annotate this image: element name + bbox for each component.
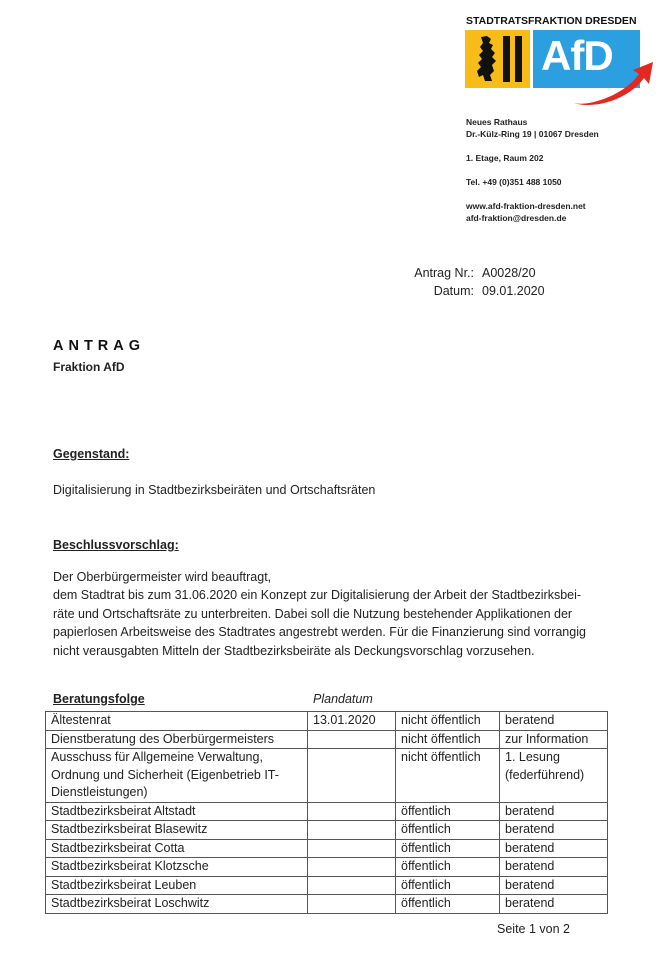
table-row: Stadtbezirksbeirat Altstadtöffentlichber… — [46, 802, 608, 821]
gegenstand-text: Digitalisierung in Stadtbezirksbeiräten … — [53, 483, 375, 497]
gegenstand-heading: Gegenstand: — [53, 447, 129, 461]
status-cell: nicht öffentlich — [396, 712, 500, 731]
art-cell: beratend — [500, 712, 608, 731]
table-row: Dienstberatung des Oberbürgermeistersnic… — [46, 730, 608, 749]
address-email: afd-fraktion@dresden.de — [466, 212, 599, 224]
datum-value: 09.01.2020 — [482, 282, 545, 300]
lion-icon — [473, 35, 499, 83]
art-cell: beratend — [500, 876, 608, 895]
datum-cell — [308, 876, 396, 895]
art-cell: beratend — [500, 895, 608, 914]
status-cell: öffentlich — [396, 821, 500, 840]
address-room: 1. Etage, Raum 202 — [466, 152, 599, 164]
gremium-cell: Dienstberatung des Oberbürgermeisters — [46, 730, 308, 749]
gremium-cell: Stadtbezirksbeirat Loschwitz — [46, 895, 308, 914]
art-cell: 1. Lesung (federführend) — [500, 749, 608, 803]
datum-cell — [308, 730, 396, 749]
status-cell: öffentlich — [396, 858, 500, 877]
document-subtitle: Fraktion AfD — [53, 360, 125, 374]
address-phone: Tel. +49 (0)351 488 1050 — [466, 176, 599, 188]
beschluss-line: dem Stadtrat bis zum 31.06.2020 ein Konz… — [53, 586, 628, 604]
address-line: Neues Rathaus — [466, 116, 599, 128]
beschluss-text: Der Oberbürgermeister wird beauftragt, d… — [53, 568, 628, 660]
art-cell: beratend — [500, 821, 608, 840]
datum-cell — [308, 839, 396, 858]
art-cell: beratend — [500, 802, 608, 821]
table-row: Ausschuss für Allgemeine Verwaltung, Ord… — [46, 749, 608, 803]
datum-cell — [308, 858, 396, 877]
gremium-cell: Stadtbezirksbeirat Klotzsche — [46, 858, 308, 877]
table-row: Stadtbezirksbeirat Leubenöffentlichberat… — [46, 876, 608, 895]
datum-label: Datum: — [384, 282, 482, 300]
gremium-cell: Stadtbezirksbeirat Blasewitz — [46, 821, 308, 840]
page-number: Seite 1 von 2 — [497, 922, 570, 936]
red-arrow-icon — [567, 58, 657, 108]
status-cell: öffentlich — [396, 895, 500, 914]
table-row: Ältestenrat13.01.2020nicht öffentlichber… — [46, 712, 608, 731]
document-title: ANTRAG — [53, 338, 145, 354]
gremium-cell: Stadtbezirksbeirat Leuben — [46, 876, 308, 895]
address-block: Neues Rathaus Dr.-Külz-Ring 19 | 01067 D… — [466, 116, 599, 224]
table-row: Stadtbezirksbeirat Klotzscheöffentlichbe… — [46, 858, 608, 877]
coat-stripe — [515, 36, 522, 82]
beschluss-line: papierlosen Arbeitsweise des Stadtrates … — [53, 623, 628, 641]
beschluss-line: räte und Ortschaftsräte zu unterbreiten.… — [53, 605, 628, 623]
document-meta: Antrag Nr.: A0028/20 Datum: 09.01.2020 — [384, 264, 545, 300]
beschluss-line: nicht verausgabten Mitteln der Stadtbezi… — [53, 642, 628, 660]
datum-cell — [308, 802, 396, 821]
gremium-cell: Ältestenrat — [46, 712, 308, 731]
art-cell: zur Information — [500, 730, 608, 749]
art-cell: beratend — [500, 839, 608, 858]
plandatum-label: Plandatum — [313, 692, 373, 706]
status-cell: öffentlich — [396, 839, 500, 858]
table-row: Stadtbezirksbeirat Cottaöffentlichberate… — [46, 839, 608, 858]
art-cell: beratend — [500, 858, 608, 877]
status-cell: öffentlich — [396, 876, 500, 895]
status-cell: öffentlich — [396, 802, 500, 821]
antrag-nr-label: Antrag Nr.: — [384, 264, 482, 282]
datum-cell — [308, 895, 396, 914]
datum-cell — [308, 821, 396, 840]
gremium-cell: Stadtbezirksbeirat Altstadt — [46, 802, 308, 821]
antrag-nr-value: A0028/20 — [482, 264, 536, 282]
beschluss-heading: Beschlussvorschlag: — [53, 538, 179, 552]
gremium-cell: Stadtbezirksbeirat Cotta — [46, 839, 308, 858]
datum-cell — [308, 749, 396, 803]
beratungsfolge-heading: Beratungsfolge — [53, 692, 145, 706]
address-line: Dr.-Külz-Ring 19 | 01067 Dresden — [466, 128, 599, 140]
beschluss-line: Der Oberbürgermeister wird beauftragt, — [53, 568, 628, 586]
status-cell: nicht öffentlich — [396, 749, 500, 803]
datum-cell: 13.01.2020 — [308, 712, 396, 731]
dresden-coat-of-arms — [465, 30, 530, 88]
address-web: www.afd-fraktion-dresden.net — [466, 200, 599, 212]
beratungsfolge-table: Ältestenrat13.01.2020nicht öffentlichber… — [45, 711, 608, 914]
org-title: STADTRATSFRAKTION DRESDEN — [466, 15, 637, 27]
coat-stripe — [503, 36, 510, 82]
gremium-cell: Ausschuss für Allgemeine Verwaltung, Ord… — [46, 749, 308, 803]
table-row: Stadtbezirksbeirat Blasewitzöffentlichbe… — [46, 821, 608, 840]
table-row: Stadtbezirksbeirat Loschwitzöffentlichbe… — [46, 895, 608, 914]
status-cell: nicht öffentlich — [396, 730, 500, 749]
